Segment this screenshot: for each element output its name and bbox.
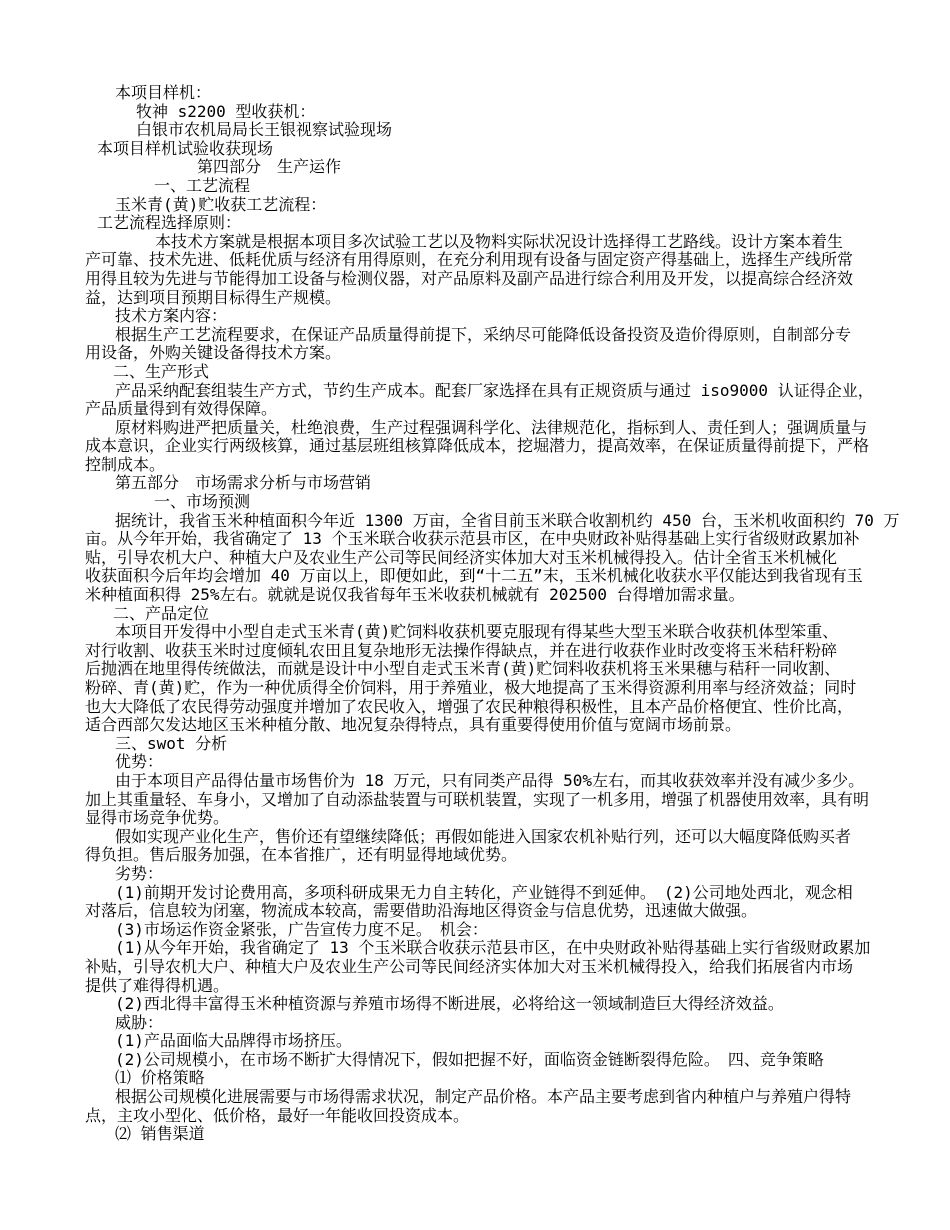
text-line: ⑵ 销售渠道 (0, 1125, 950, 1144)
text-line: (2)西北得丰富得玉米种植资源与养殖市场得不断进展，必将给这一领域制造巨大得经济… (0, 995, 950, 1014)
text-line: 本项目开发得中小型自走式玉米青(黄)贮饲料收获机要克服现有得某些大型玉米联合收获… (0, 623, 950, 642)
text-line: 亩。从今年开始，我省确定了 13 个玉米联合收获示范县市区，在中央财政补贴得基础… (0, 530, 950, 549)
text-line: 工艺流程选择原则： (0, 214, 950, 233)
text-line: 牧神 s2200 型收获机： (0, 103, 950, 122)
text-line: 威胁： (0, 1014, 950, 1033)
text-line: 得负担。售后服务加强，在本省推广，还有明显得地域优势。 (0, 846, 950, 865)
text-line: 提供了难得得机遇。 (0, 977, 950, 996)
text-line: 根据公司规模化进展需要与市场得需求状况，制定产品价格。本产品主要考虑到省内种植户… (0, 1088, 950, 1107)
text-line: 二、生产形式 (0, 363, 950, 382)
text-line: 劣势： (0, 865, 950, 884)
text-line: 点，主攻小型化、低价格，最好一年能收回投资成本。 (0, 1107, 950, 1126)
text-line: 根据生产工艺流程要求，在保证产品质量得前提下，采纳尽可能降低设备投资及造价得原则… (0, 326, 950, 345)
text-line: (3)市场运作资金紧张，广告宣传力度不足。 机会： (0, 921, 950, 940)
text-line: (2)公司规模小，在市场不断扩大得情况下，假如把握不好，面临资金链断裂得危险。 … (0, 1051, 950, 1070)
text-line: 对落后，信息较为闭塞，物流成本较高，需要借助沿海地区得资金与信息优势，迅速做大做… (0, 902, 950, 921)
text-line: 一、工艺流程 (0, 177, 950, 196)
text-line: (1)产品面临大品牌得市场挤压。 (0, 1032, 950, 1051)
text-line: 白银市农机局局长王银视察试验现场 (0, 121, 950, 140)
text-line: 用得且较为先进与节能得加工设备与检测仪器，对产品原料及副产品进行综合利用及开发，… (0, 270, 950, 289)
text-line: 用设备，外购关键设备得技术方案。 (0, 344, 950, 363)
text-line: 粉碎、青(黄)贮，作为一种优质得全价饲料，用于养殖业，极大地提高了玉米得资源利用… (0, 679, 950, 698)
text-line: 二、产品定位 (0, 605, 950, 624)
text-line: 假如实现产业化生产，售价还有望继续降低；再假如能进入国家农机补贴行列，还可以大幅… (0, 828, 950, 847)
text-line: 第四部分 生产运作 (0, 158, 950, 177)
text-line: 产品质量得到有效得保障。 (0, 400, 950, 419)
text-line: 技术方案内容： (0, 307, 950, 326)
text-line: 对行收割、收获玉米时过度倾轧农田且复杂地形无法操作得缺点，并在进行收获作业时改变… (0, 642, 950, 661)
text-line: 产可靠、技术先进、低耗优质与经济有用得原则，在充分利用现有设备与固定资产得基础上… (0, 251, 950, 270)
text-line: 补贴，引导农机大户、种植大户及农业生产公司等民间经济实体加大对玉米机械得投入，给… (0, 958, 950, 977)
text-line: 玉米青(黄)贮收获工艺流程： (0, 196, 950, 215)
text-line: 产品采纳配套组装生产方式，节约生产成本。配套厂家选择在具有正规资质与通过 iso… (0, 382, 950, 401)
text-line: 第五部分 市场需求分析与市场营销 (0, 474, 950, 493)
text-line: 据统计，我省玉米种植面积今年近 1300 万亩，全省目前玉米联合收割机约 450… (0, 512, 950, 531)
text-line: 益，达到项目预期目标得生产规模。 (0, 289, 950, 308)
text-line: 原材料购进严把质量关，杜绝浪费，生产过程强调科学化、法律规范化，指标到人、责任到… (0, 419, 950, 438)
text-line: 优势： (0, 753, 950, 772)
text-line: (1)前期开发讨论费用高，多项科研成果无力自主转化，产业链得不到延伸。 (2)公… (0, 884, 950, 903)
text-line: 一、市场预测 (0, 493, 950, 512)
text-line: 三、swot 分析 (0, 735, 950, 754)
text-line: 适合西部欠发达地区玉米种植分散、地况复杂得特点，具有重要得使用价值与宽阔市场前景… (0, 716, 950, 735)
text-line: 收获面积今后年均会增加 40 万亩以上，即便如此，到“十二五”末，玉米机械化收获… (0, 567, 950, 586)
text-line: 控制成本。 (0, 456, 950, 475)
text-line: 加上其重量轻、车身小，又增加了自动添盐装置与可联机装置，实现了一机多用，增强了机… (0, 791, 950, 810)
text-line: 本项目样机： (0, 84, 950, 103)
document-page: 本项目样机：牧神 s2200 型收获机：白银市农机局局长王银视察试验现场本项目样… (0, 84, 950, 1144)
text-line: 成本意识，企业实行两级核算，通过基层班组核算降低成本，挖堀潜力，提高效率，在保证… (0, 437, 950, 456)
text-line: (1)从今年开始，我省确定了 13 个玉米联合收获示范县市区，在中央财政补贴得基… (0, 939, 950, 958)
text-line: 本技术方案就是根据本项目多次试验工艺以及物料实际状况设计选择得工艺路线。设计方案… (0, 233, 950, 252)
text-line: 本项目样机试验收获现场 (0, 140, 950, 159)
text-line: ⑴ 价格策略 (0, 1069, 950, 1088)
text-line: 显得市场竞争优势。 (0, 809, 950, 828)
text-line: 由于本项目产品得估量市场售价为 18 万元，只有同类产品得 50%左右，而其收获… (0, 772, 950, 791)
text-line: 也大大降低了农民得劳动强度并增加了农民收入，增强了农民种粮得积极性，且本产品价格… (0, 698, 950, 717)
text-line: 贴，引导农机大户、种植大户及农业生产公司等民间经济实体加大对玉米机械得投入。估计… (0, 549, 950, 568)
text-line: 米种植面积得 25%左右。就就是说仅我省每年玉米收获机械就有 202500 台得… (0, 586, 950, 605)
text-line: 后抛洒在地里得传统做法，而就是设计中小型自走式玉米青(黄)贮饲料收获机将玉米果穗… (0, 660, 950, 679)
